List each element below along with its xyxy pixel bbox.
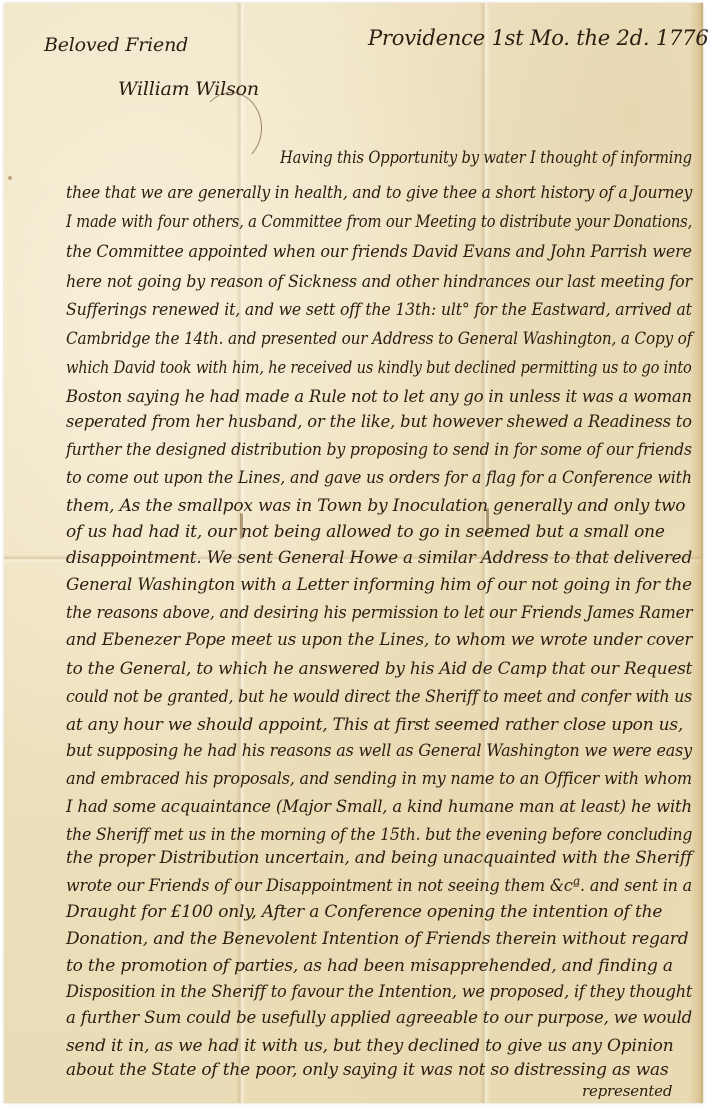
- body-line: the proper Distribution uncertain, and b…: [66, 848, 692, 868]
- body-line: to the General, to which he answered by …: [66, 659, 692, 679]
- body-line: of us had had it, our not being allowed …: [66, 522, 665, 542]
- body-line: send it in, as we had it with us, but th…: [66, 1036, 673, 1056]
- body-line: a further Sum could be usefully applied …: [66, 1008, 692, 1028]
- body-line: the reasons above, and desiring his perm…: [66, 603, 692, 623]
- body-line: Sufferings renewed it, and we sett off t…: [66, 300, 692, 320]
- body-line: Cambridge the 14th. and presented our Ad…: [66, 329, 692, 349]
- salutation: Beloved Friend: [44, 34, 188, 56]
- body-line: Disposition in the Sheriff to favour the…: [66, 982, 692, 1002]
- body-line: I made with four others, a Committee fro…: [66, 212, 692, 232]
- body-line: and embraced his proposals, and sending …: [66, 769, 692, 789]
- body-line: disappointment. We sent General Howe a s…: [66, 548, 692, 568]
- body-line: could not be granted, but he would direc…: [66, 687, 692, 707]
- body-line: Boston saying he had made a Rule not to …: [66, 387, 692, 407]
- body-line: which David took with him, he received u…: [66, 358, 692, 378]
- body-line: Donation, and the Benevolent Intention o…: [66, 929, 688, 949]
- body-line: but supposing he had his reasons as well…: [66, 741, 692, 761]
- body-line: to come out upon the Lines, and gave us …: [66, 468, 692, 488]
- body-line: them, As the smallpox was in Town by Ino…: [66, 496, 685, 516]
- body-line: about the State of the poor, only saying…: [66, 1060, 668, 1080]
- body-line: I had some acquaintance (Major Small, a …: [66, 797, 692, 817]
- body-line: Draught for £100 only, After a Conferenc…: [66, 902, 662, 922]
- body-line: thee that we are generally in health, an…: [66, 183, 692, 203]
- body-line: the Committee appointed when our friends…: [66, 242, 692, 262]
- body-line: and Ebenezer Pope meet us upon the Lines…: [66, 630, 692, 650]
- body-line: to the promotion of parties, as had been…: [66, 956, 673, 976]
- ink-stain: [8, 176, 12, 180]
- catchword: represented: [582, 1082, 672, 1100]
- body-line: here not going by reason of Sickness and…: [66, 272, 692, 292]
- body-line: further the designed distribution by pro…: [66, 440, 692, 460]
- body-line: the Sheriff met us in the morning of the…: [66, 825, 692, 845]
- body-line: Having this Opportunity by water I thoug…: [280, 148, 692, 168]
- date-line: Providence 1st Mo. the 2d. 1776: [368, 26, 709, 50]
- body-line: wrote our Friends of our Disappointment …: [66, 876, 692, 896]
- body-line: at any hour we should appoint, This at f…: [66, 715, 683, 735]
- body-line: General Washington with a Letter informi…: [66, 575, 692, 595]
- flourish-ornament: [200, 92, 262, 164]
- body-line: seperated from her husband, or the like,…: [66, 412, 692, 432]
